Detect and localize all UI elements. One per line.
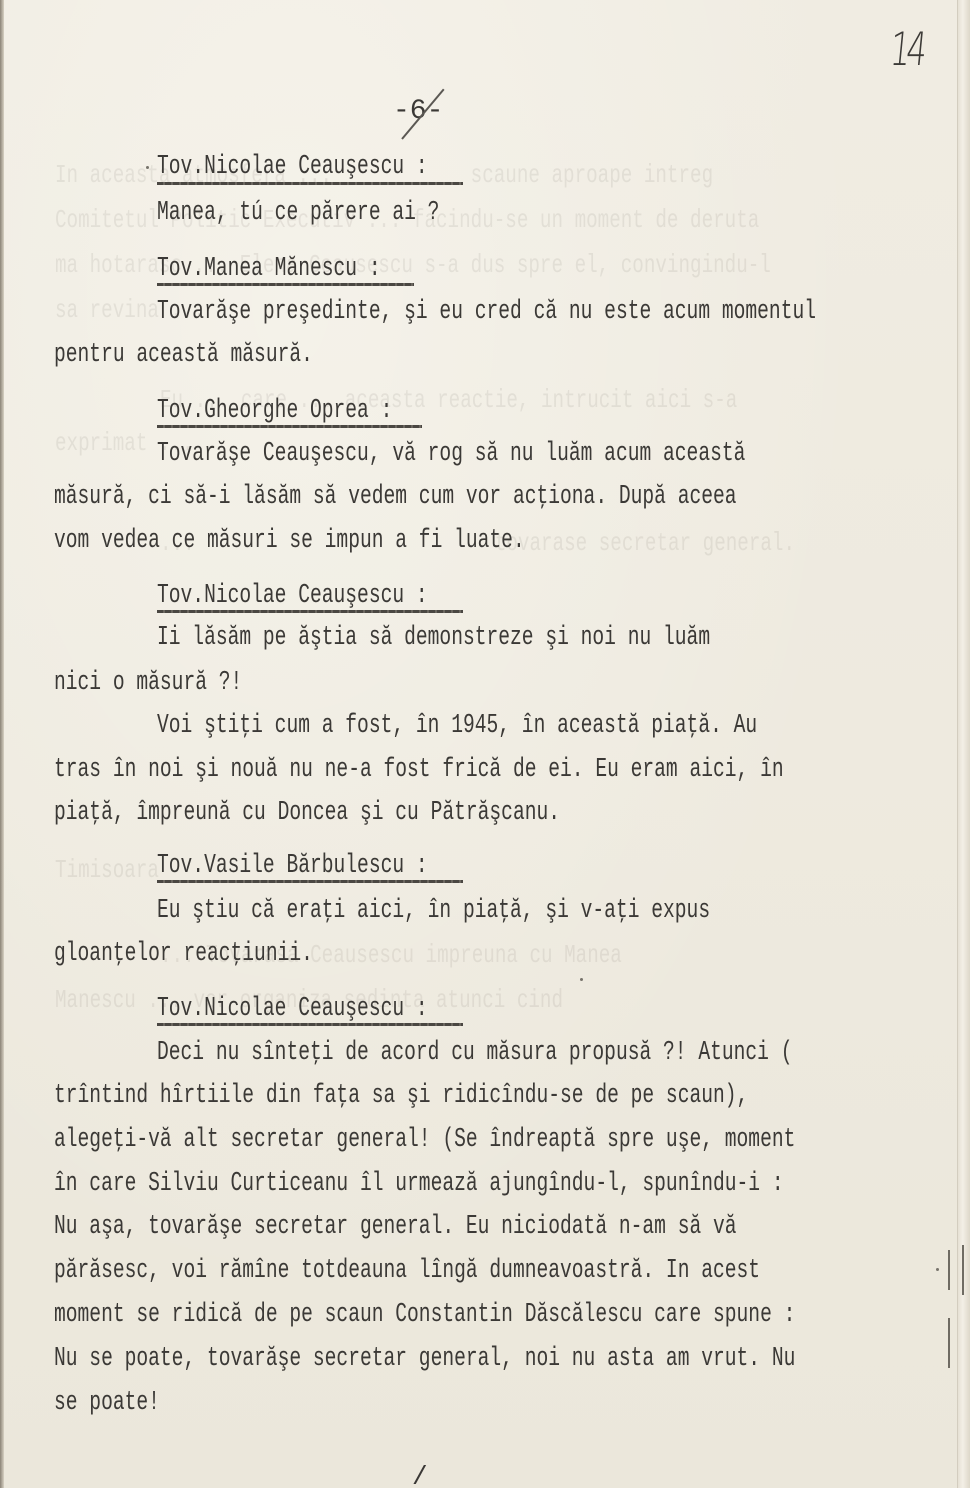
speaker-underline: [157, 182, 463, 185]
text-line: Deci nu sînteţi de acord cu măsura propu…: [157, 1039, 792, 1066]
text-line: Eu ştiu că eraţi aici, în piaţă, şi v-aţ…: [157, 897, 710, 924]
text-line: măsură, ci să-i lăsăm să vedem cum vor a…: [54, 483, 737, 510]
speaker-label: Tov.Manea Mănescu :: [157, 255, 381, 282]
text-line: se poate!: [54, 1389, 160, 1416]
text-line: pentru această măsură.: [54, 341, 313, 368]
speaker-underline: [157, 283, 414, 286]
page-left-edge: [0, 0, 4, 1488]
margin-mark: [962, 1245, 964, 1295]
speaker-underline: [157, 610, 463, 613]
page-number: -6-: [393, 96, 443, 127]
text-line: gloanţelor reacţiunii.: [54, 940, 313, 967]
speaker-label: Tov.Vasile Bărbulescu :: [157, 852, 428, 879]
text-line: Manea, tú ce părere ai ?: [157, 199, 439, 226]
text-line: părăsesc, voi rămîne totdeauna lîngă dum…: [54, 1257, 760, 1284]
text-line: Tovarăşe Ceauşescu, vă rog să nu luăm ac…: [157, 440, 745, 467]
speaker-label: Tov.Nicolae Ceauşescu :: [157, 582, 428, 609]
text-line: în care Silviu Curticeanu îl urmează aju…: [54, 1170, 784, 1197]
speaker-label: Tov.Nicolae Ceauşescu :: [157, 995, 428, 1022]
text-line: Ii lăsăm pe ăştia să demonstreze şi noi …: [157, 624, 710, 651]
document-page: In aceasta atmosfera ... scaune aproape …: [0, 0, 970, 1488]
text-line: Tovarăşe preşedinte, şi eu cred că nu es…: [157, 298, 816, 325]
margin-mark: [948, 1318, 950, 1368]
sheet-number: 14: [888, 22, 926, 76]
speaker-label: Tov.Nicolae Ceauşescu :: [157, 153, 428, 180]
text-line: trîntind hîrtiile din faţa sa şi ridicîn…: [54, 1082, 748, 1109]
speaker-underline: [157, 425, 422, 428]
text-line: moment se ridică de pe scaun Constantin …: [54, 1301, 795, 1328]
text-line: alegeţi-vă alt secretar general! (Se înd…: [54, 1126, 795, 1153]
bottom-mark: /: [412, 1462, 428, 1488]
text-line: Nu aşa, tovarăşe secretar general. Eu ni…: [54, 1213, 737, 1240]
text-line: tras în noi şi nouă nu ne-a fost frică d…: [54, 756, 784, 783]
text-line: Voi ştiţi cum a fost, în 1945, în aceast…: [157, 712, 757, 739]
text-line: Nu se poate, tovarăşe secretar general, …: [54, 1345, 795, 1372]
text-line: vom vedea ce măsuri se impun a fi luate.: [54, 527, 525, 554]
margin-mark: [948, 1250, 950, 1290]
text-line: piaţă, împreună cu Doncea şi cu Pătrăşca…: [54, 799, 560, 826]
speaker-label: Tov.Gheorghe Oprea :: [157, 397, 392, 424]
speaker-underline: [157, 880, 463, 883]
speaker-underline: [157, 1023, 463, 1026]
text-line: nici o măsură ?!: [54, 669, 242, 696]
